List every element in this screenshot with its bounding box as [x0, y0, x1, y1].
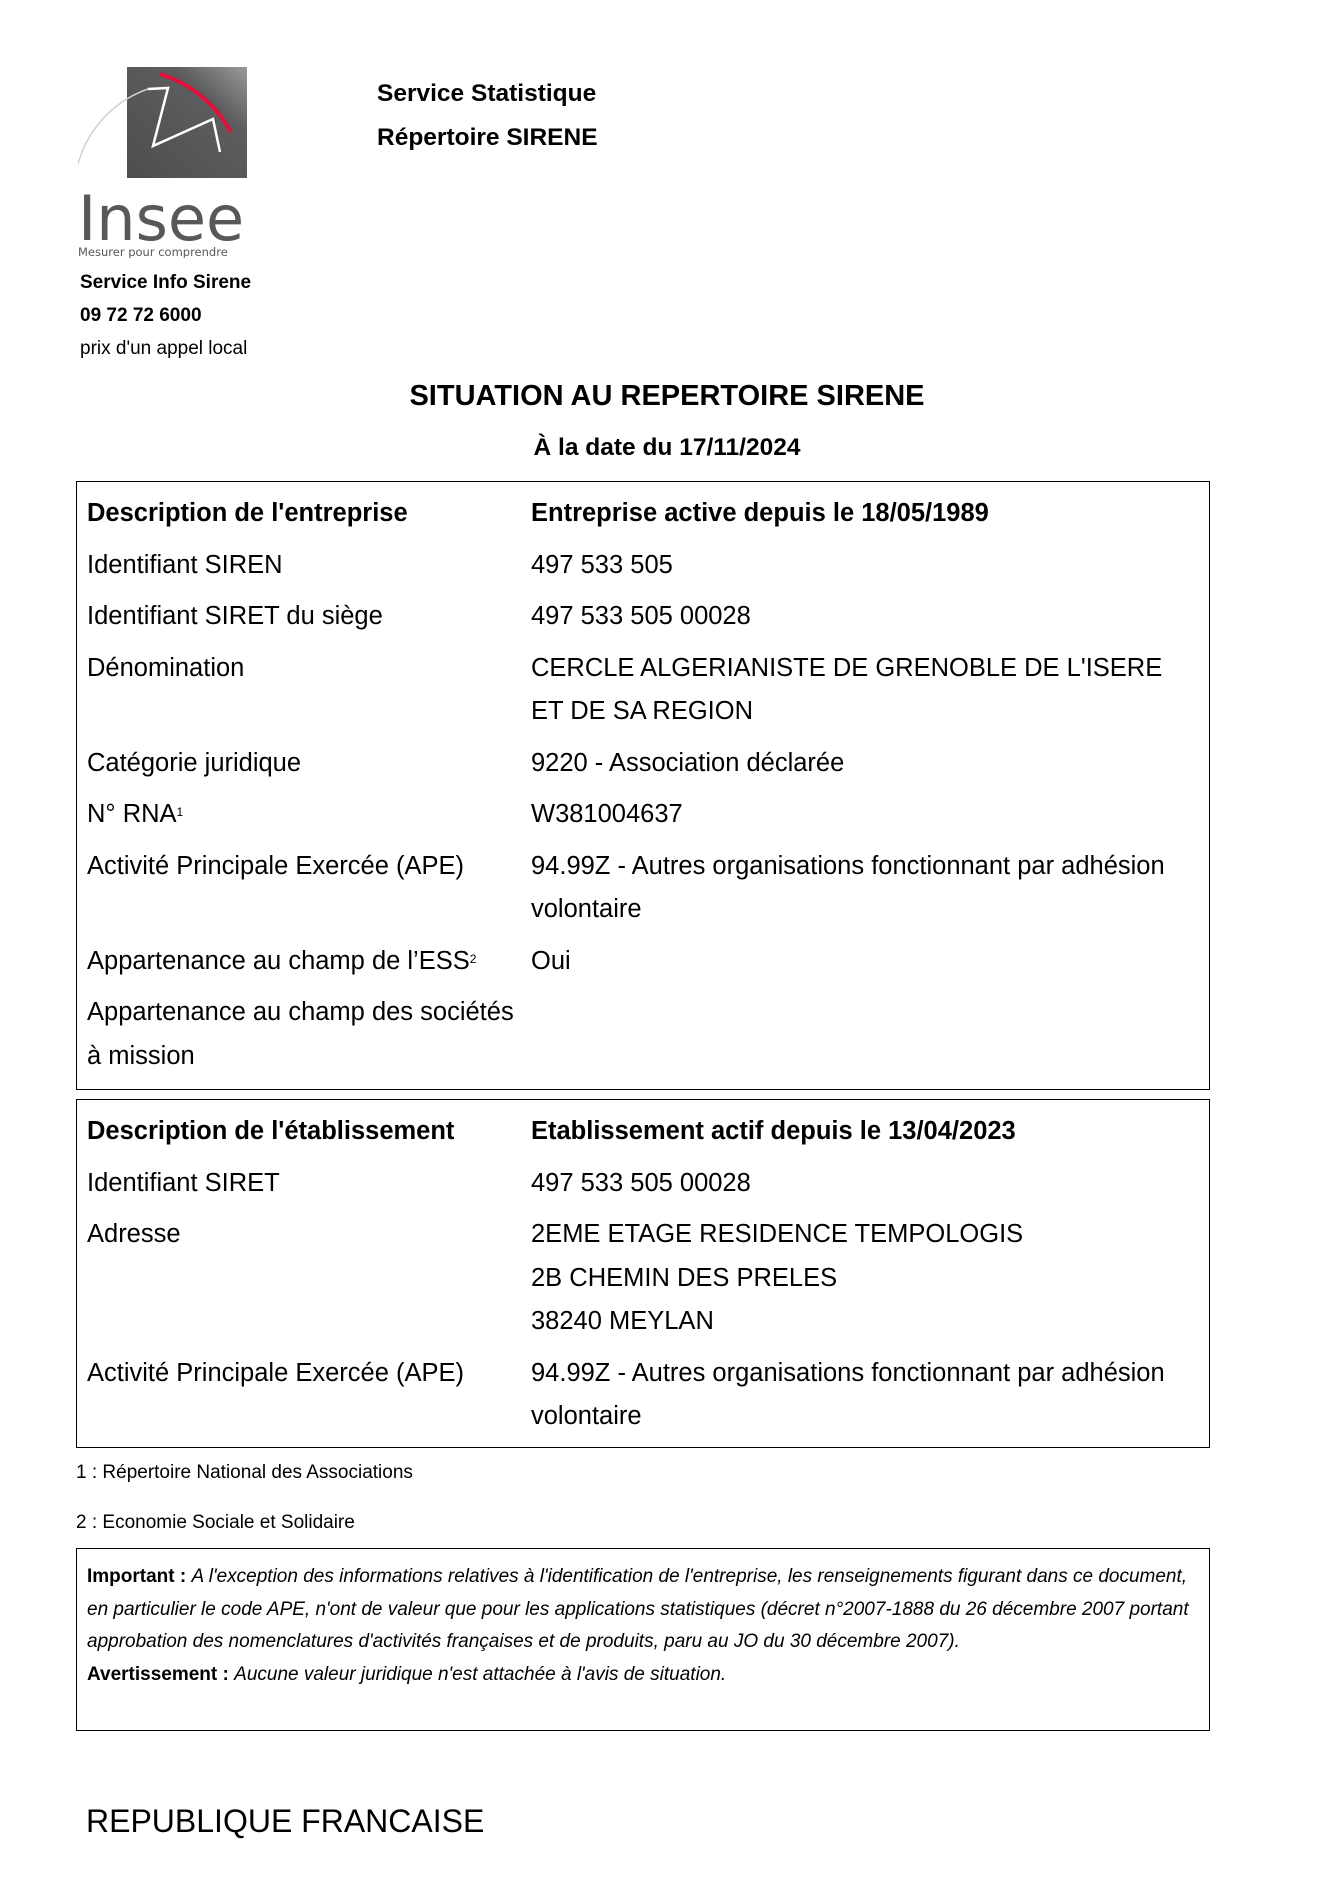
- field-label: Adresse: [87, 1213, 531, 1344]
- logo-tagline: Mesurer pour comprendre: [78, 245, 228, 258]
- field-label-text: N° RNA: [87, 800, 177, 828]
- field-value: 497 533 505: [531, 544, 1199, 588]
- row-denomination: Dénomination CERCLE ALGERIANISTE DE GREN…: [87, 647, 1199, 734]
- etablissement-heading: Description de l'établissement Etablisse…: [87, 1110, 1199, 1154]
- field-value: [517, 991, 1199, 1078]
- row-categorie-juridique: Catégorie juridique 9220 - Association d…: [87, 742, 1199, 786]
- row-ess: Appartenance au champ de l’ESS2 Oui: [87, 940, 1199, 984]
- field-value: 94.99Z - Autres organisations fonctionna…: [531, 1352, 1199, 1439]
- important-text: A l'exception des informations relatives…: [87, 1566, 1189, 1652]
- row-societe-mission: Appartenance au champ des sociétés à mis…: [87, 991, 1199, 1078]
- row-siret-siege: Identifiant SIRET du siège 497 533 505 0…: [87, 595, 1199, 639]
- warning-label: Avertissement :: [87, 1664, 229, 1685]
- field-value: CERCLE ALGERIANISTE DE GRENOBLE DE L'ISE…: [531, 647, 1199, 734]
- contact-phone: 09 72 72 6000: [80, 299, 251, 332]
- field-label: Dénomination: [87, 647, 531, 734]
- insee-logo: Insee Mesurer pour comprendre: [78, 64, 248, 258]
- field-label: Appartenance au champ des sociétés à mis…: [87, 991, 517, 1078]
- field-value: Oui: [531, 940, 1199, 984]
- field-label: Catégorie juridique: [87, 742, 531, 786]
- footnote-1: 1 : Répertoire National des Associations: [76, 1462, 413, 1484]
- contact-service: Service Info Sirene: [80, 266, 251, 299]
- org-header: Service Statistique Répertoire SIRENE: [377, 72, 598, 160]
- etablissement-heading-label: Description de l'établissement: [87, 1110, 531, 1154]
- address-line: 2B CHEMIN DES PRELES: [531, 1257, 1199, 1301]
- address-line: 2EME ETAGE RESIDENCE TEMPOLOGIS: [531, 1213, 1199, 1257]
- field-value: 9220 - Association déclarée: [531, 742, 1199, 786]
- entreprise-heading-value: Entreprise active depuis le 18/05/1989: [531, 492, 1199, 536]
- field-label: Identifiant SIRET du siège: [87, 595, 531, 639]
- contact-price: prix d'un appel local: [80, 332, 251, 365]
- document-title: SITUATION AU REPERTOIRE SIRENE: [0, 380, 1322, 413]
- row-ape: Activité Principale Exercée (APE) 94.99Z…: [87, 845, 1199, 932]
- field-label: Identifiant SIRET: [87, 1162, 531, 1206]
- address-line: 38240 MEYLAN: [531, 1300, 1199, 1344]
- important-label: Important :: [87, 1566, 186, 1587]
- entreprise-section: Description de l'entreprise Entreprise a…: [76, 481, 1210, 1090]
- row-ape-etablissement: Activité Principale Exercée (APE) 94.99Z…: [87, 1352, 1199, 1439]
- field-label: Activité Principale Exercée (APE): [87, 1352, 531, 1439]
- footer-republique: REPUBLIQUE FRANCAISE: [86, 1803, 484, 1840]
- field-label: Identifiant SIREN: [87, 544, 531, 588]
- field-value: 497 533 505 00028: [531, 595, 1199, 639]
- row-siren: Identifiant SIREN 497 533 505: [87, 544, 1199, 588]
- row-adresse: Adresse 2EME ETAGE RESIDENCE TEMPOLOGIS …: [87, 1213, 1199, 1344]
- field-label: N° RNA1: [87, 793, 531, 837]
- field-value: W381004637: [531, 793, 1199, 837]
- contact-block: Service Info Sirene 09 72 72 6000 prix d…: [80, 266, 251, 365]
- row-siret: Identifiant SIRET 497 533 505 00028: [87, 1162, 1199, 1206]
- document-date: À la date du 17/11/2024: [0, 434, 1322, 462]
- footnote-ref: 1: [177, 805, 184, 819]
- footnote-ref: 2: [470, 952, 477, 966]
- field-value: 497 533 505 00028: [531, 1162, 1199, 1206]
- field-label: Activité Principale Exercée (APE): [87, 845, 531, 932]
- etablissement-heading-value: Etablissement actif depuis le 13/04/2023: [531, 1110, 1199, 1154]
- header-repertoire: Répertoire SIRENE: [377, 116, 598, 160]
- warning-text: Aucune valeur juridique n'est attachée à…: [234, 1664, 726, 1685]
- field-label-text: Appartenance au champ de l’ESS: [87, 947, 470, 975]
- field-value: 94.99Z - Autres organisations fonctionna…: [531, 845, 1199, 932]
- entreprise-heading-label: Description de l'entreprise: [87, 492, 531, 536]
- field-value: 2EME ETAGE RESIDENCE TEMPOLOGIS 2B CHEMI…: [531, 1213, 1199, 1344]
- important-notice: Important : A l'exception des informatio…: [76, 1548, 1210, 1731]
- header-service: Service Statistique: [377, 72, 598, 116]
- footnote-2: 2 : Economie Sociale et Solidaire: [76, 1512, 355, 1534]
- row-rna: N° RNA1 W381004637: [87, 793, 1199, 837]
- important-paragraph: Important : A l'exception des informatio…: [87, 1561, 1199, 1659]
- entreprise-heading: Description de l'entreprise Entreprise a…: [87, 492, 1199, 536]
- warning-paragraph: Avertissement : Aucune valeur juridique …: [87, 1659, 1199, 1692]
- etablissement-section: Description de l'établissement Etablisse…: [76, 1099, 1210, 1448]
- field-label: Appartenance au champ de l’ESS2: [87, 940, 531, 984]
